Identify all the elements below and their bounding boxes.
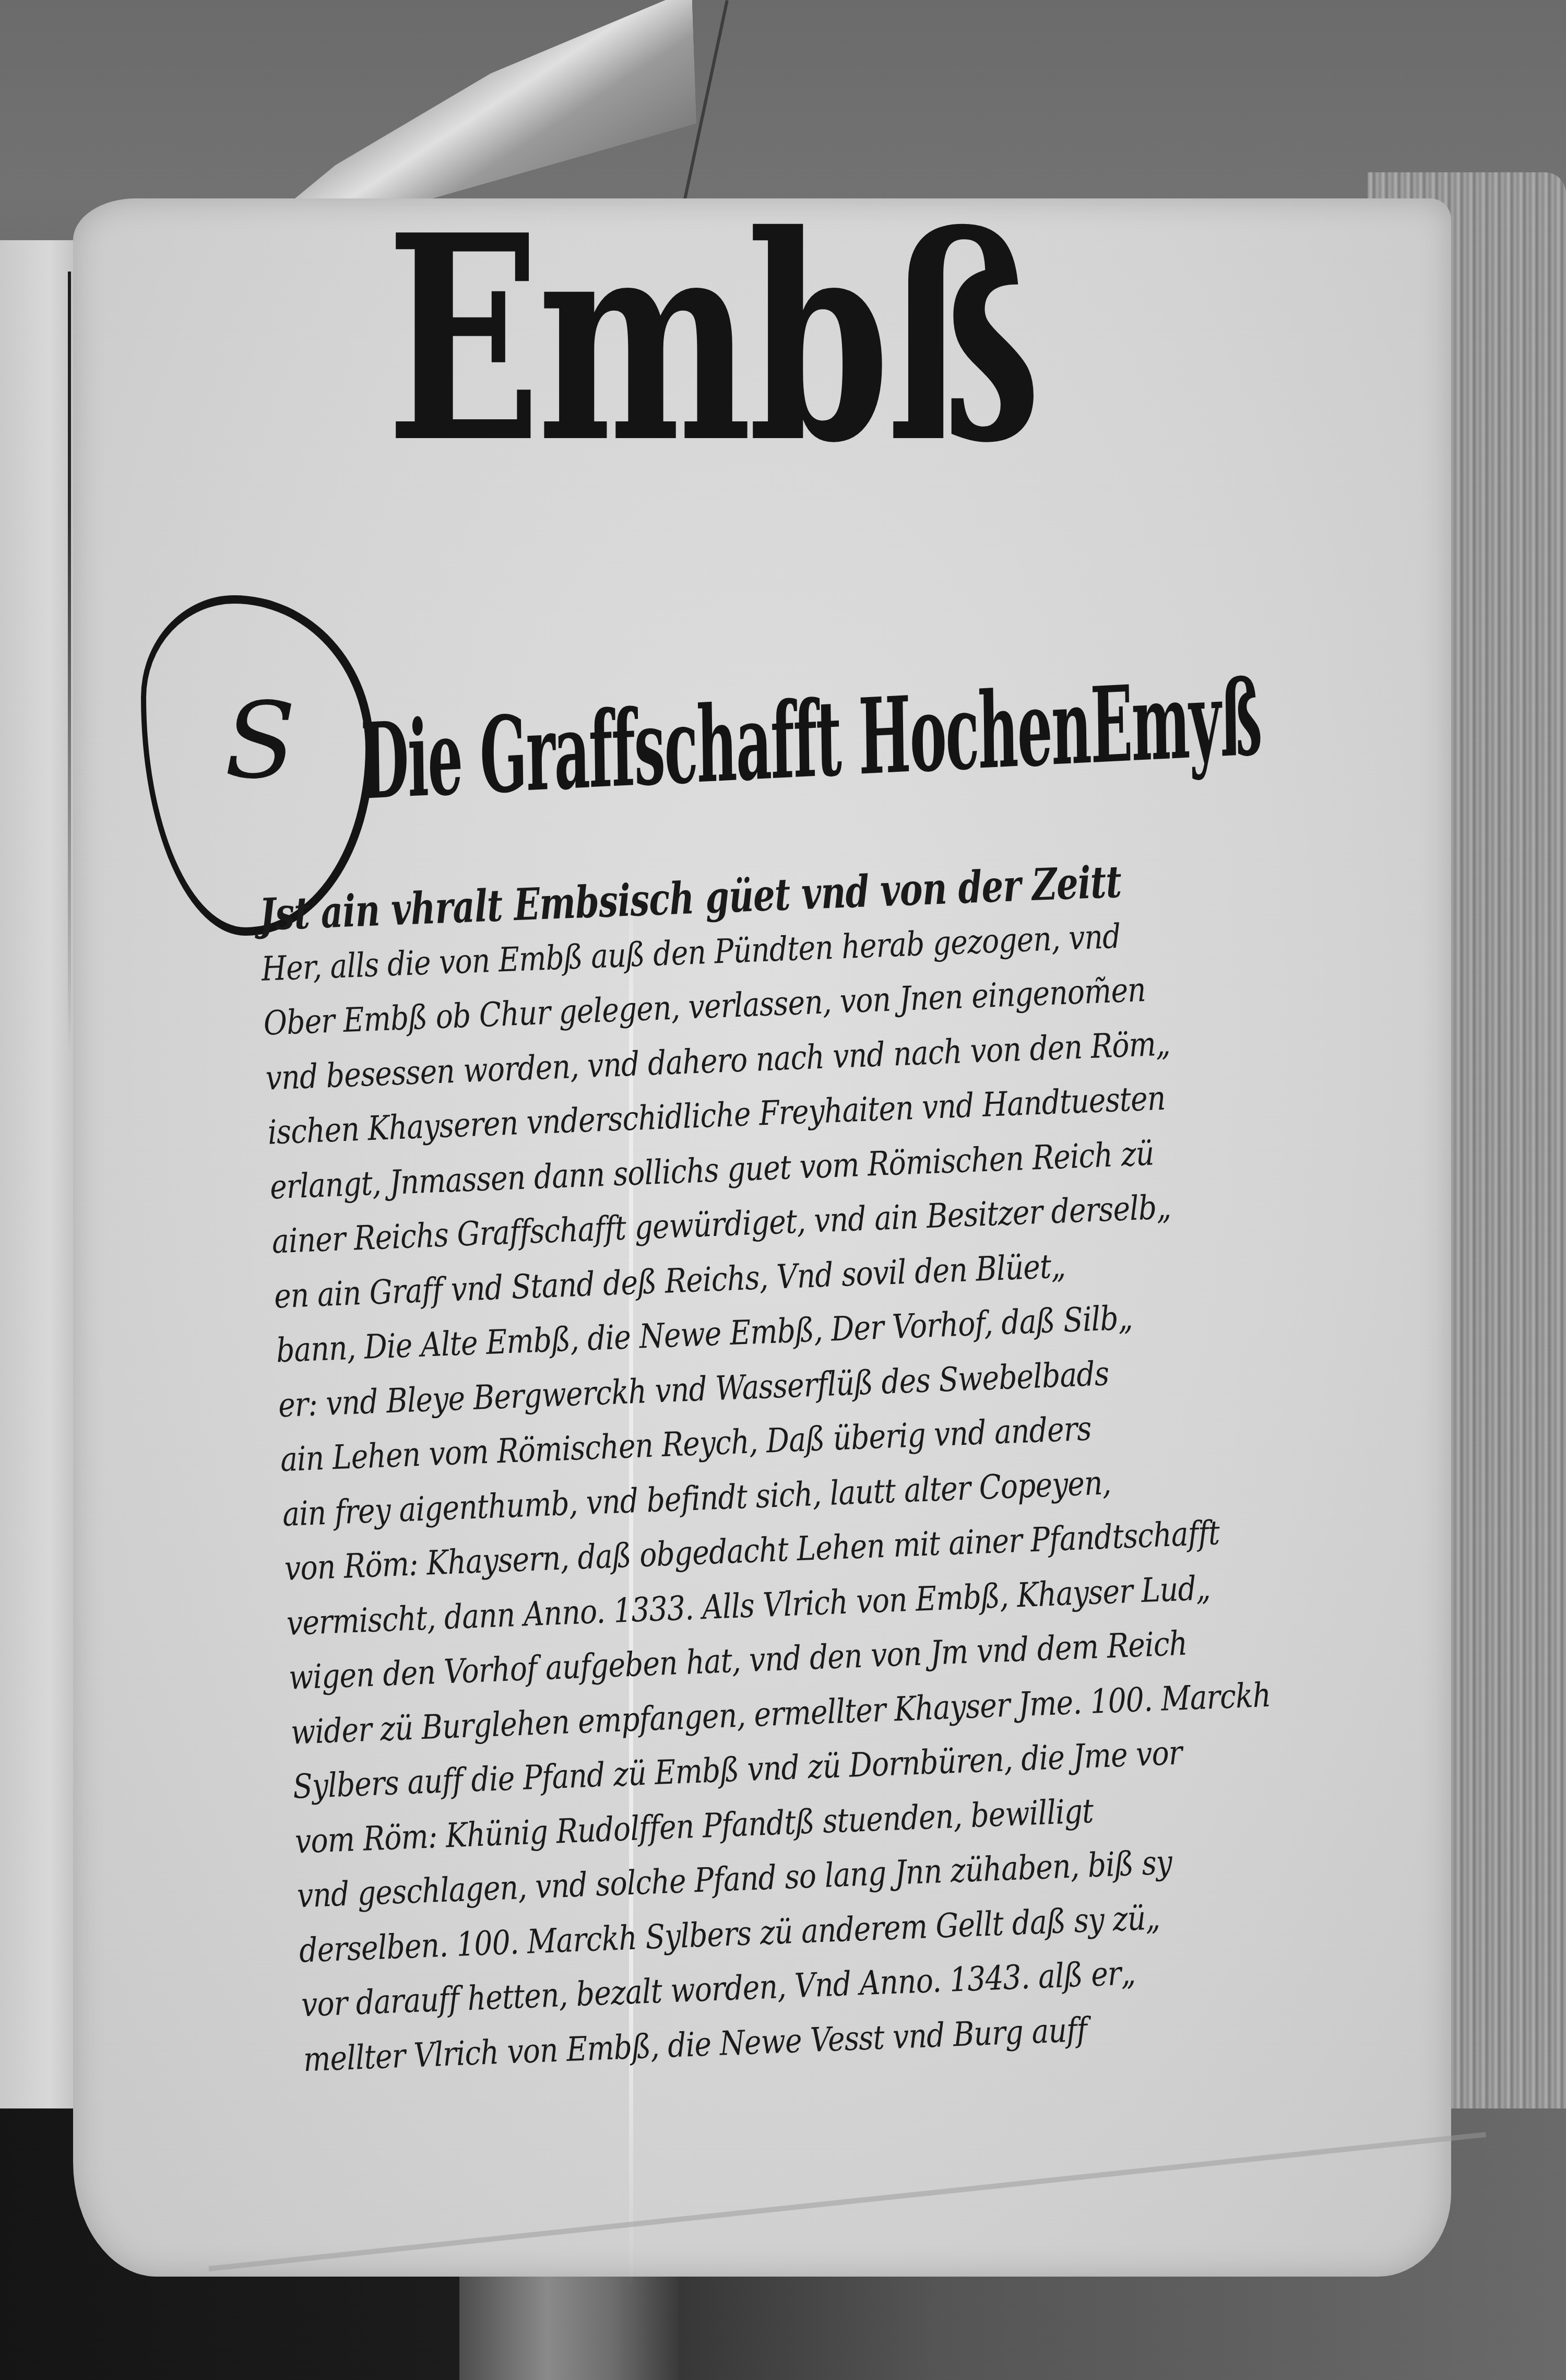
initial-guide-letter: S: [224, 689, 296, 794]
photo-scene: Embß S Die Graffschafft HochenEmyß Jst a…: [0, 0, 1566, 2380]
page-title: Embß: [386, 198, 1037, 480]
bottom-fold-crease: [208, 2132, 1486, 2271]
binding-stain: [68, 272, 71, 1055]
body-text: Jst ain vhralt Embsisch güet vnd von der…: [258, 845, 1410, 2088]
